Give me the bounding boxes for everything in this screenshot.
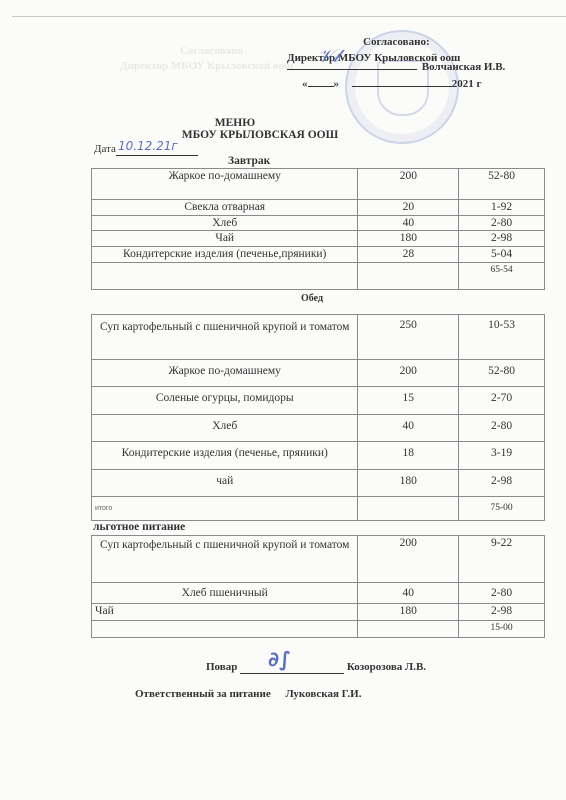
- director-name: Волчанская И.В.: [422, 61, 506, 73]
- dish-price: 2-98: [459, 470, 545, 497]
- dish-qty: 20: [358, 200, 459, 216]
- table-row: Кондитерские изделия (печенье,пряники) 2…: [92, 247, 545, 263]
- dish-price: 3-19: [459, 442, 545, 470]
- director-signature-line: [287, 69, 417, 70]
- section-title-lunch: Обед: [301, 293, 323, 304]
- total-row: 65-54: [92, 263, 545, 290]
- cook-name: Козорозова Л.В.: [347, 661, 426, 673]
- dish-price: 2-98: [459, 604, 545, 621]
- responsible-name: Луковская Г.И.: [285, 688, 361, 700]
- cook-label: Повар: [206, 661, 237, 673]
- dish-name: Свекла отварная: [92, 200, 358, 216]
- dish-price: 52-80: [459, 360, 545, 387]
- dish-qty: 15: [358, 387, 459, 415]
- table-row: Жаркое по-домашнему 200 52-80: [92, 169, 545, 200]
- school-name: МБОУ КРЫЛОВСКАЯ ООШ: [180, 129, 340, 141]
- dish-price: 5-04: [459, 247, 545, 263]
- dish-qty: 40: [358, 583, 459, 604]
- dish-price: 52-80: [459, 169, 545, 200]
- dish-name: чай: [92, 470, 358, 497]
- bleed-through-text: Согласовано: [180, 45, 243, 57]
- scan-edge-line: [12, 16, 566, 17]
- dish-name: Жаркое по-домашнему: [92, 169, 358, 200]
- table-row: Хлеб 40 2-80: [92, 415, 545, 442]
- approval-year: 2021 г: [452, 78, 482, 90]
- dish-qty: 18: [358, 442, 459, 470]
- approval-agreed: Согласовано:: [363, 36, 430, 48]
- dish-qty: 200: [358, 169, 459, 200]
- cook-signature: ∂∫: [268, 647, 291, 671]
- dish-qty: [358, 497, 459, 521]
- month-line: [352, 86, 452, 87]
- day-line: [308, 86, 334, 87]
- dish-qty: 180: [358, 470, 459, 497]
- section-title-breakfast: Завтрак: [228, 155, 270, 167]
- date-row: Дата10.12.21г: [94, 143, 198, 156]
- dish-name: Кондитерские изделия (печенье, пряники): [92, 442, 358, 470]
- total-price: 15-00: [459, 621, 545, 638]
- section-title-benefit: льготное питание: [93, 521, 185, 533]
- lunch-table: Суп картофельный с пшеничной крупой и то…: [91, 314, 545, 521]
- table-row: Жаркое по-домашнему 200 52-80: [92, 360, 545, 387]
- dish-name: Кондитерские изделия (печенье,пряники): [92, 247, 358, 263]
- dish-qty: 180: [358, 231, 459, 247]
- menu-title: МЕНЮ: [180, 117, 290, 129]
- dish-name: Жаркое по-домашнему: [92, 360, 358, 387]
- total-row: 15-00: [92, 621, 545, 638]
- date-label: Дата: [94, 143, 116, 155]
- table-row: Свекла отварная 20 1-92: [92, 200, 545, 216]
- table-row: Хлеб пшеничный 40 2-80: [92, 583, 545, 604]
- dish-price: 2-80: [459, 583, 545, 604]
- dish-name: Хлеб: [92, 415, 358, 442]
- dish-qty: 200: [358, 536, 459, 583]
- dish-name: Соленые огурцы, помидоры: [92, 387, 358, 415]
- total-label: итого: [92, 497, 358, 521]
- responsible-label: Ответственный за питание: [135, 688, 271, 700]
- total-price: 75-00: [459, 497, 545, 521]
- dish-name: Хлеб: [92, 216, 358, 231]
- dish-qty: 180: [358, 604, 459, 621]
- quote-open: «: [302, 78, 308, 90]
- table-row: чай 180 2-98: [92, 470, 545, 497]
- dish-name: Чай: [92, 604, 358, 621]
- dish-qty: [358, 621, 459, 638]
- approval-date-row: «» 2021 г: [302, 78, 482, 90]
- cook-row: Повар ∂∫ Козорозова Л.В.: [206, 661, 426, 674]
- dish-qty: 40: [358, 415, 459, 442]
- dish-qty: [358, 263, 459, 290]
- bleed-through-text: Директор МБОУ Крыловской оош: [120, 60, 293, 72]
- dish-price: 2-80: [459, 415, 545, 442]
- table-row: Кондитерские изделия (печенье, пряники) …: [92, 442, 545, 470]
- quote-close: »: [334, 78, 340, 90]
- dish-price: 2-98: [459, 231, 545, 247]
- dish-qty: 250: [358, 315, 459, 360]
- cook-signature-line: ∂∫: [240, 661, 344, 674]
- dish-price: 2-80: [459, 216, 545, 231]
- dish-qty: 28: [358, 247, 459, 263]
- dish-name: Хлеб пшеничный: [92, 583, 358, 604]
- dish-name: Суп картофельный с пшеничной крупой и то…: [92, 315, 358, 360]
- director-signature: 𝒱𝓁: [318, 46, 339, 67]
- table-row: Суп картофельный с пшеничной крупой и то…: [92, 315, 545, 360]
- dish-qty: 40: [358, 216, 459, 231]
- date-line: 10.12.21г: [116, 143, 198, 156]
- table-row: Соленые огурцы, помидоры 15 2-70: [92, 387, 545, 415]
- table-row: Чай 180 2-98: [92, 604, 545, 621]
- dish-price: 9-22: [459, 536, 545, 583]
- dish-name: [92, 621, 358, 638]
- total-row: итого 75-00: [92, 497, 545, 521]
- table-row: Чай 180 2-98: [92, 231, 545, 247]
- date-value: 10.12.21г: [118, 139, 178, 153]
- dish-price: 2-70: [459, 387, 545, 415]
- table-row: Суп картофельный с пшеничной крупой и то…: [92, 536, 545, 583]
- table-row: Хлеб 40 2-80: [92, 216, 545, 231]
- total-price: 65-54: [459, 263, 545, 290]
- dish-name: Суп картофельный с пшеничной крупой и то…: [92, 536, 358, 583]
- dish-name: Чай: [92, 231, 358, 247]
- breakfast-table: Жаркое по-домашнему 200 52-80 Свекла отв…: [91, 168, 545, 290]
- dish-name: [92, 263, 358, 290]
- dish-price: 10-53: [459, 315, 545, 360]
- dish-price: 1-92: [459, 200, 545, 216]
- benefit-table: Суп картофельный с пшеничной крупой и то…: [91, 535, 545, 638]
- responsible-row: Ответственный за питание Луковская Г.И.: [135, 688, 361, 700]
- dish-qty: 200: [358, 360, 459, 387]
